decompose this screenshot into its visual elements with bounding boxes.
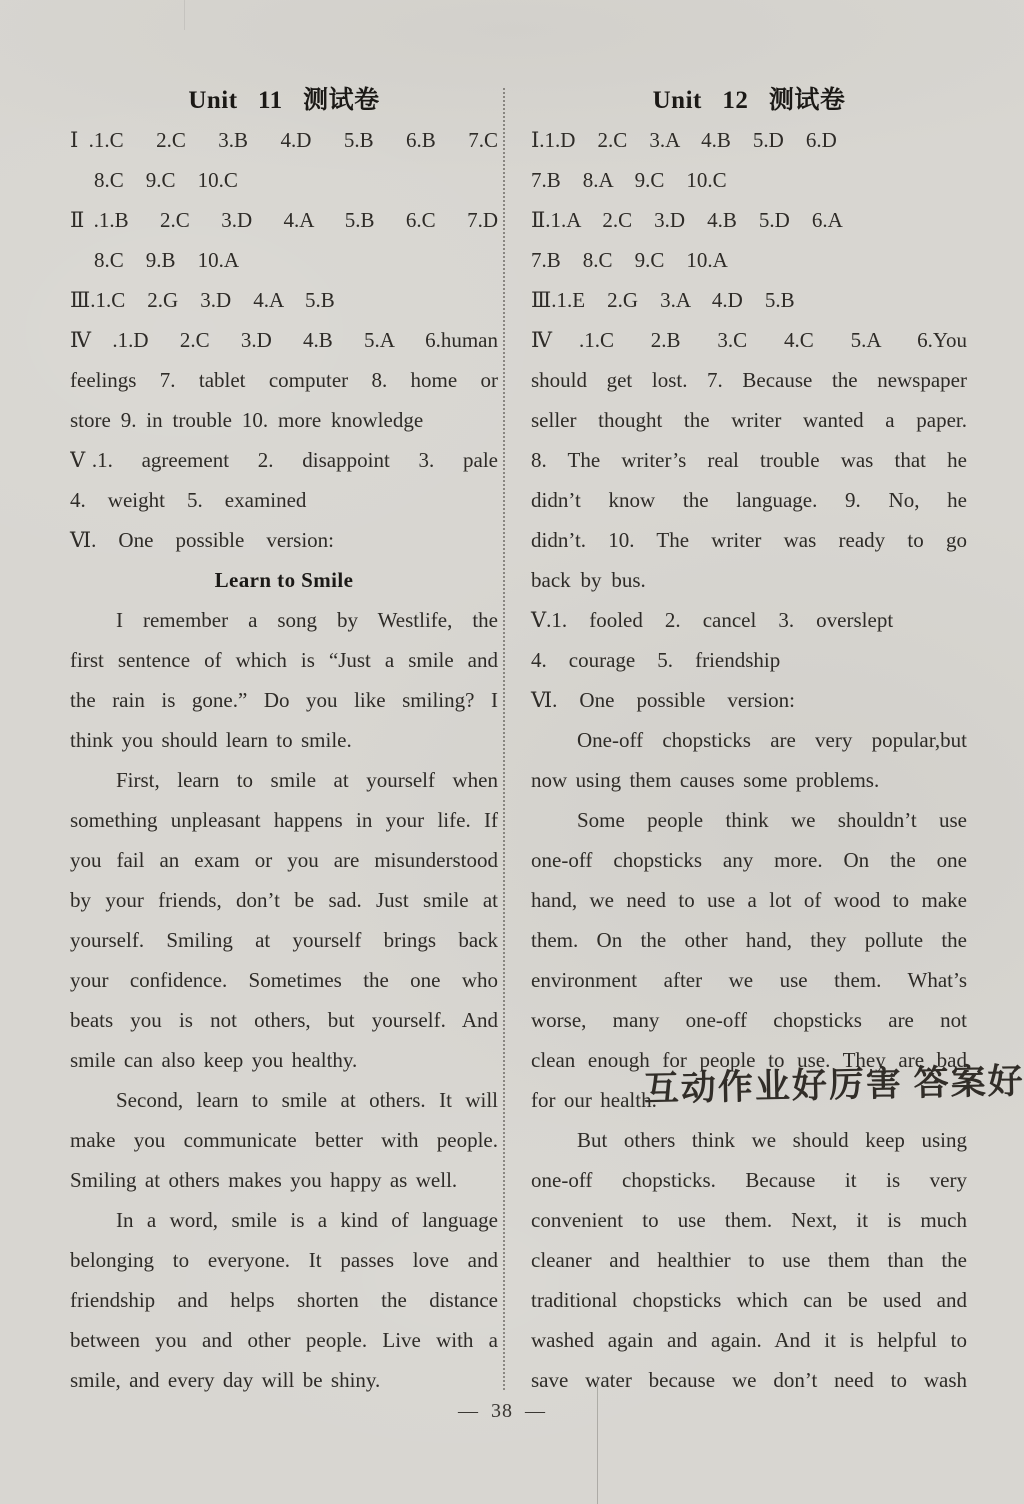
text-line: didn’t. 10. The writer was ready to go <box>531 520 967 560</box>
text-line: your confidence. Sometimes the one who <box>70 960 498 1000</box>
unit12-block: But others think we should keep usingone… <box>531 1120 967 1400</box>
text-line: one-off chopsticks. Because it is very <box>531 1160 967 1200</box>
text-line: didn’t know the language. 9. No, he <box>531 480 967 520</box>
text-line: Some people think we shouldn’t use <box>531 800 967 840</box>
text-line: between you and other people. Live with … <box>70 1320 498 1360</box>
unit12-block: Ⅵ. One possible version: <box>531 680 967 720</box>
text-line: Ⅴ.1. fooled 2. cancel 3. overslept <box>531 600 967 640</box>
text-line: 7.B 8.A 9.C 10.C <box>531 160 967 200</box>
unit11-block: Ⅰ.1.C 2.C 3.B 4.D 5.B 6.B 7.C8.C 9.C 10.… <box>70 120 498 200</box>
text-line: Ⅵ. One possible version: <box>531 680 967 720</box>
unit11-title: Unit 11 测试卷 <box>70 82 498 120</box>
handwritten-note: 互动作业好厉害 答案好全. <box>643 1052 996 1129</box>
text-line: think you should learn to smile. <box>70 720 498 760</box>
unit12-block: Ⅱ.1.A 2.C 3.D 4.B 5.D 6.A7.B 8.C 9.C 10.… <box>531 200 967 280</box>
unit11-block: Ⅵ. One possible version: <box>70 520 498 560</box>
unit12-block: Ⅰ.1.D 2.C 3.A 4.B 5.D 6.D7.B 8.A 9.C 10.… <box>531 120 967 200</box>
unit11-block: Ⅳ.1.D 2.C 3.D 4.B 5.A 6.humanfeelings 7.… <box>70 320 498 440</box>
unit11-block: Ⅲ.1.C 2.G 3.D 4.A 5.B <box>70 280 498 320</box>
text-line: beats you is not others, but yourself. A… <box>70 1000 498 1040</box>
text-line: Learn to Smile <box>70 560 498 600</box>
text-line: Smiling at others makes you happy as wel… <box>70 1160 498 1200</box>
text-line: I remember a song by Westlife, the <box>70 600 498 640</box>
unit12-column: Unit 12 测试卷 Ⅰ.1.D 2.C 3.A 4.B 5.D 6.D7.B… <box>531 82 967 1400</box>
unit11-content: Ⅰ.1.C 2.C 3.B 4.D 5.B 6.B 7.C8.C 9.C 10.… <box>70 120 498 1400</box>
text-line: them. On the other hand, they pollute th… <box>531 920 967 960</box>
text-line: now using them causes some problems. <box>531 760 967 800</box>
text-line: seller thought the writer wanted a paper… <box>531 400 967 440</box>
column-divider-dotted-line <box>503 88 505 1390</box>
unit12-content: Ⅰ.1.D 2.C 3.A 4.B 5.D 6.D7.B 8.A 9.C 10.… <box>531 120 967 1400</box>
text-line: feelings 7. tablet computer 8. home or <box>70 360 498 400</box>
text-line: 7.B 8.C 9.C 10.A <box>531 240 967 280</box>
text-line: One-off chopsticks are very popular,but <box>531 720 967 760</box>
text-line: store 9. in trouble 10. more knowledge <box>70 400 498 440</box>
text-line: In a word, smile is a kind of language <box>70 1200 498 1240</box>
text-line: back by bus. <box>531 560 967 600</box>
text-line: Second, learn to smile at others. It wil… <box>70 1080 498 1120</box>
text-line: washed again and again. And it is helpfu… <box>531 1320 967 1360</box>
unit11-block: Ⅱ.1.B 2.C 3.D 4.A 5.B 6.C 7.D8.C 9.B 10.… <box>70 200 498 280</box>
text-line: 8.C 9.B 10.A <box>70 240 498 280</box>
text-line: Ⅲ.1.C 2.G 3.D 4.A 5.B <box>70 280 498 320</box>
paper-crease <box>597 1376 598 1504</box>
unit12-block: Ⅳ.1.C 2.B 3.C 4.C 5.A 6.Youshould get lo… <box>531 320 967 600</box>
text-line: yourself. Smiling at yourself brings bac… <box>70 920 498 960</box>
text-line: Ⅱ.1.B 2.C 3.D 4.A 5.B 6.C 7.D <box>70 200 498 240</box>
text-line: convenient to use them. Next, it is much <box>531 1200 967 1240</box>
text-line: Ⅳ.1.C 2.B 3.C 4.C 5.A 6.You <box>531 320 967 360</box>
text-line: smile, and every day will be shiny. <box>70 1360 498 1400</box>
unit12-title: Unit 12 测试卷 <box>531 82 967 120</box>
text-line: belonging to everyone. It passes love an… <box>70 1240 498 1280</box>
text-line: cleaner and healthier to use them than t… <box>531 1240 967 1280</box>
text-line: friendship and helps shorten the distanc… <box>70 1280 498 1320</box>
unit11-column: Unit 11 测试卷 Ⅰ.1.C 2.C 3.B 4.D 5.B 6.B 7.… <box>70 82 498 1400</box>
unit12-block: One-off chopsticks are very popular,butn… <box>531 720 967 800</box>
scanned-book-page: { "page": { "paper_color": "#d8d6d1", "i… <box>0 0 1024 1504</box>
text-line: environment after we use them. What’s <box>531 960 967 1000</box>
text-line: Ⅲ.1.E 2.G 3.A 4.D 5.B <box>531 280 967 320</box>
text-line: Ⅳ.1.D 2.C 3.D 4.B 5.A 6.human <box>70 320 498 360</box>
text-line: Ⅴ.1. agreement 2. disappoint 3. pale <box>70 440 498 480</box>
unit11-block: Learn to Smile <box>70 560 498 600</box>
text-line: 8. The writer’s real trouble was that he <box>531 440 967 480</box>
text-line: traditional chopsticks which can be used… <box>531 1280 967 1320</box>
text-line: Ⅱ.1.A 2.C 3.D 4.B 5.D 6.A <box>531 200 967 240</box>
text-line: should get lost. 7. Because the newspape… <box>531 360 967 400</box>
text-line: smile can also keep you healthy. <box>70 1040 498 1080</box>
unit12-block: Ⅴ.1. fooled 2. cancel 3. overslept4. cou… <box>531 600 967 680</box>
text-line: you fail an exam or you are misunderstoo… <box>70 840 498 880</box>
page-number: — 38 — <box>0 1400 1004 1432</box>
text-line: 4. weight 5. examined <box>70 480 498 520</box>
unit11-block: In a word, smile is a kind of languagebe… <box>70 1200 498 1400</box>
text-line: something unpleasant happens in your lif… <box>70 800 498 840</box>
text-line: first sentence of which is “Just a smile… <box>70 640 498 680</box>
scan-artifact-line <box>184 0 185 30</box>
text-line: Ⅰ.1.C 2.C 3.B 4.D 5.B 6.B 7.C <box>70 120 498 160</box>
unit11-block: First, learn to smile at yourself whenso… <box>70 760 498 1080</box>
unit11-block: Ⅴ.1. agreement 2. disappoint 3. pale4. w… <box>70 440 498 520</box>
unit11-block: I remember a song by Westlife, thefirst … <box>70 600 498 760</box>
text-line: 4. courage 5. friendship <box>531 640 967 680</box>
text-line: one-off chopsticks any more. On the one <box>531 840 967 880</box>
text-line: by your friends, don’t be sad. Just smil… <box>70 880 498 920</box>
text-line: hand, we need to use a lot of wood to ma… <box>531 880 967 920</box>
unit11-block: Second, learn to smile at others. It wil… <box>70 1080 498 1200</box>
text-line: the rain is gone.” Do you like smiling? … <box>70 680 498 720</box>
text-line: Ⅰ.1.D 2.C 3.A 4.B 5.D 6.D <box>531 120 967 160</box>
text-line: make you communicate better with people. <box>70 1120 498 1160</box>
text-line: worse, many one-off chopsticks are not <box>531 1000 967 1040</box>
text-line: 8.C 9.C 10.C <box>70 160 498 200</box>
text-line: First, learn to smile at yourself when <box>70 760 498 800</box>
unit12-block: Ⅲ.1.E 2.G 3.A 4.D 5.B <box>531 280 967 320</box>
text-line: Ⅵ. One possible version: <box>70 520 498 560</box>
